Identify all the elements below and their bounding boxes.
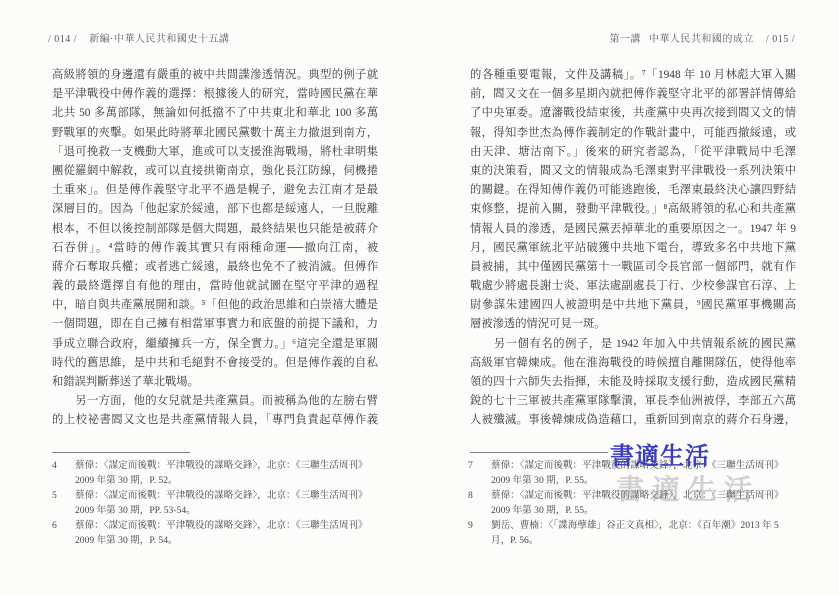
- text-line: 另一個有名的例子，是 1942 年加入中共情報系統的國民黨: [470, 335, 796, 354]
- text-line: 領的四十六師失去指揮，未能及時採取支援行動，造成國民黨精: [470, 373, 796, 392]
- footnote-number: 8: [468, 488, 491, 503]
- text-line: 高級將領的身邊還有嚴重的被中共間諜滲透情況。典型的例子就: [52, 66, 378, 85]
- text-line: 義的最終選擇自有他的理由，當時他就試圖在堅守平津的過程: [52, 277, 378, 296]
- text-line: 蔣介石奪取兵權；或者逃亡綏遠，最終也免不了被消滅。但傅作: [52, 258, 378, 277]
- right-page-number: / 015 /: [766, 34, 795, 45]
- footnote: 7 蔡偉：〈謀定而後戰：平津戰役的謀略交鋒〉，北京：《三聯生活周刊》: [468, 458, 800, 473]
- text-line: 的關鍵。在得知傅作義仍可能逃跑後，毛澤東最終決心讓四野結: [470, 181, 796, 200]
- text-line: 根本，不但以後控制部隊是個大問題，最終結果也只能是被蔣介: [52, 220, 378, 239]
- text-line: 高級軍官韓煉成。他在淮海戰役的時候擅自離開隊伍，使得他率: [470, 354, 796, 373]
- right-page-body: 的各種重要電報，文件及講稿」。⁷「1948 年 10 月林彪大軍入關 前，閻又文…: [470, 66, 796, 431]
- footnote-text: 蔡偉：〈謀定而後戰：平津戰役的謀略交鋒〉，北京：《三聯生活周刊》: [75, 488, 384, 503]
- footnote-text: 蔡偉：〈謀定而後戰：平津戰役的謀略交鋒〉，北京：《三聯生活周刊》: [491, 458, 800, 473]
- footnote: 9 劉岳、曹楠：〈「諜海孽雄」谷正文真相〉，北京：《百年潮》2013 年 5: [468, 518, 800, 533]
- text-line: 員被捕，其中僅國民黨第十一戰區司令長官部一個部門，就有作: [470, 258, 796, 277]
- text-line: 和錯誤判斷葬送了華北戰場。: [52, 373, 378, 392]
- text-line: 石吞併」。⁴當時的傅作義其實只有兩種命運──撤向江南，被: [52, 239, 378, 258]
- text-line: 中，暗自與共產黨展開和談。⁵「但他的政治思維和白崇禧大體是: [52, 296, 378, 315]
- left-page-header: / 014 /新編·中華人民共和國史十五講: [48, 30, 229, 45]
- footnote-continuation: 2009 年第 30 期，PP. 53-54。: [52, 503, 384, 518]
- footnote-separator: [470, 452, 608, 453]
- text-line: 報，得知李世杰為傅作義制定的作戰計畫中，可能西撤綏遠，或: [470, 124, 796, 143]
- chapter-label: 第一講: [609, 34, 641, 45]
- text-line: 「退可挽救一支機動大軍，進或可以支援淮海戰場，將杜聿明集: [52, 143, 378, 162]
- text-line: 戰處少將處長謝士炎、軍法處副處長丁行、少校參謀官石淳、上: [470, 277, 796, 296]
- footnote-continuation: 2009 年第 30 期，P. 52。: [52, 473, 384, 488]
- text-line: 由天津、塘沽南下。」後來的研究者認為，「從平津戰局中毛澤: [470, 143, 796, 162]
- text-line: 尉參謀朱建國四人被證明是中共地下黨員，⁹國民黨軍事機關高: [470, 296, 796, 315]
- text-line: 人被殲滅。事後韓煉成偽造藉口，重新回到南京的蔣介石身邊，: [470, 411, 796, 430]
- footnote: 8 蔡偉：〈謀定而後戰：平津戰役的謀略交鋒〉，北京：《三聯生活周刊》: [468, 488, 800, 503]
- right-page-header: 第一講中華人民共和國的成立/ 015 /: [609, 30, 795, 45]
- footnote-number: 7: [468, 458, 491, 473]
- text-line: 束修整，提前入關，發動平津戰役。」⁸高級將領的私心和共產黨: [470, 200, 796, 219]
- right-footnotes: 7 蔡偉：〈謀定而後戰：平津戰役的謀略交鋒〉，北京：《三聯生活周刊》 2009 …: [468, 458, 800, 548]
- text-line: 的各種重要電報，文件及講稿」。⁷「1948 年 10 月林彪大軍入關: [470, 66, 796, 85]
- text-line: 土重來」。但是傅作義堅守北平不過是幌子，避免去江南才是最: [52, 181, 378, 200]
- text-line: 銳的七十三軍被共產黨軍隊擊潰，軍長李仙洲被俘，李部五六萬: [470, 392, 796, 411]
- footnote-continuation: 2009 年第 30 期，P. 55。: [468, 473, 800, 488]
- chapter-title: 中華人民共和國的成立: [649, 34, 754, 45]
- text-line: 是平津戰役中傅作義的選擇：根據後人的研究，當時國民黨在華: [52, 85, 378, 104]
- left-page-number: / 014 /: [48, 34, 77, 45]
- footnote-text: 2009 年第 30 期，P. 54。: [75, 533, 384, 548]
- book-title: 新編·中華人民共和國史十五講: [89, 34, 229, 45]
- text-line: 東的決策看，閻又文的情報成為毛澤東對平津戰役一系列決策中: [470, 162, 796, 181]
- footnote-text: 2009 年第 30 期，PP. 53-54。: [75, 503, 384, 518]
- text-line: 爭成立聯合政府，繼續擁兵一方，保全實力。」⁶這完全還是軍閥: [52, 335, 378, 354]
- text-line: 北共 50 多萬部隊，無論如何抵擋不了中共東北和華北 100 多萬: [52, 104, 378, 123]
- footnote-text: 2009 年第 30 期，P. 52。: [75, 473, 384, 488]
- footnote-number: 9: [468, 518, 491, 533]
- footnote: 5 蔡偉：〈謀定而後戰：平津戰役的謀略交鋒〉，北京：《三聯生活周刊》: [52, 488, 384, 503]
- footnote-text: 蔡偉：〈謀定而後戰：平津戰役的謀略交鋒〉，北京：《三聯生活周刊》: [75, 458, 384, 473]
- footnote-continuation: 2009 年第 30 期，P. 54。: [52, 533, 384, 548]
- footnote-text: 月，P. 56。: [491, 533, 800, 548]
- footnote-text: 2009 年第 30 期，P. 55。: [491, 473, 800, 488]
- text-line: 另一方面，他的女兒就是共產黨員。而被稱為他的左膀右臂: [52, 392, 378, 411]
- text-line: 時代的舊思維，是中共和毛絕對不會接受的。但是傅作義的自私: [52, 354, 378, 373]
- footnote: 4 蔡偉：〈謀定而後戰：平津戰役的謀略交鋒〉，北京：《三聯生活周刊》: [52, 458, 384, 473]
- footnote-number: 4: [52, 458, 75, 473]
- left-page-body: 高級將領的身邊還有嚴重的被中共間諜滲透情況。典型的例子就 是平津戰役中傅作義的選…: [52, 66, 378, 431]
- text-line: 的上校祕書閻又文也是共產黨情報人員，「專門負責起草傅作義: [52, 411, 378, 430]
- left-footnotes: 4 蔡偉：〈謀定而後戰：平津戰役的謀略交鋒〉，北京：《三聯生活周刊》 2009 …: [52, 458, 384, 548]
- footnote-number: 6: [52, 518, 75, 533]
- text-line: 深層目的。因為「他起家於綏遠，部下也都是綏遠人，一旦脫離: [52, 200, 378, 219]
- text-line: 野戰軍的夾擊。如果此時將華北國民黨數十萬主力撤退到南方，: [52, 124, 378, 143]
- footnote-number: 5: [52, 488, 75, 503]
- text-line: 了中央軍委。遼瀋戰役結束後，共產黨中央再次接到閻又文的情: [470, 104, 796, 123]
- footnote-continuation: 月，P. 56。: [468, 533, 800, 548]
- footnote-text: 蔡偉：〈謀定而後戰：平津戰役的謀略交鋒〉，北京：《三聯生活周刊》: [491, 488, 800, 503]
- text-line: 前，閻又文在一個多星期內就把傅作義堅守北平的部署詳情傳給: [470, 85, 796, 104]
- footnote-text: 劉岳、曹楠：〈「諜海孽雄」谷正文真相〉，北京：《百年潮》2013 年 5: [491, 518, 800, 533]
- text-line: 一個問題，即在自己擁有相當軍事實力和底盤的前提下議和，力: [52, 315, 378, 334]
- footnote-continuation: 2009 年第 30 期，P. 55。: [468, 503, 800, 518]
- text-line: 月，國民黨軍統北平站破獲中共地下電台，導致多名中共地下黨: [470, 239, 796, 258]
- text-line: 情報人員的滲透，是國民黨丟掉華北的重要原因之一。1947 年 9: [470, 220, 796, 239]
- text-line: 團從羅網中解救，或可以直接拱衛南京，強化長江防線，伺機捲: [52, 162, 378, 181]
- footnote: 6 蔡偉：〈謀定而後戰：平津戰役的謀略交鋒〉，北京：《三聯生活周刊》: [52, 518, 384, 533]
- text-line: 層被滲透的情況可見一斑。: [470, 315, 796, 334]
- footnote-text: 蔡偉：〈謀定而後戰：平津戰役的謀略交鋒〉，北京：《三聯生活周刊》: [75, 518, 384, 533]
- footnote-text: 2009 年第 30 期，P. 55。: [491, 503, 800, 518]
- footnote-separator: [52, 452, 190, 453]
